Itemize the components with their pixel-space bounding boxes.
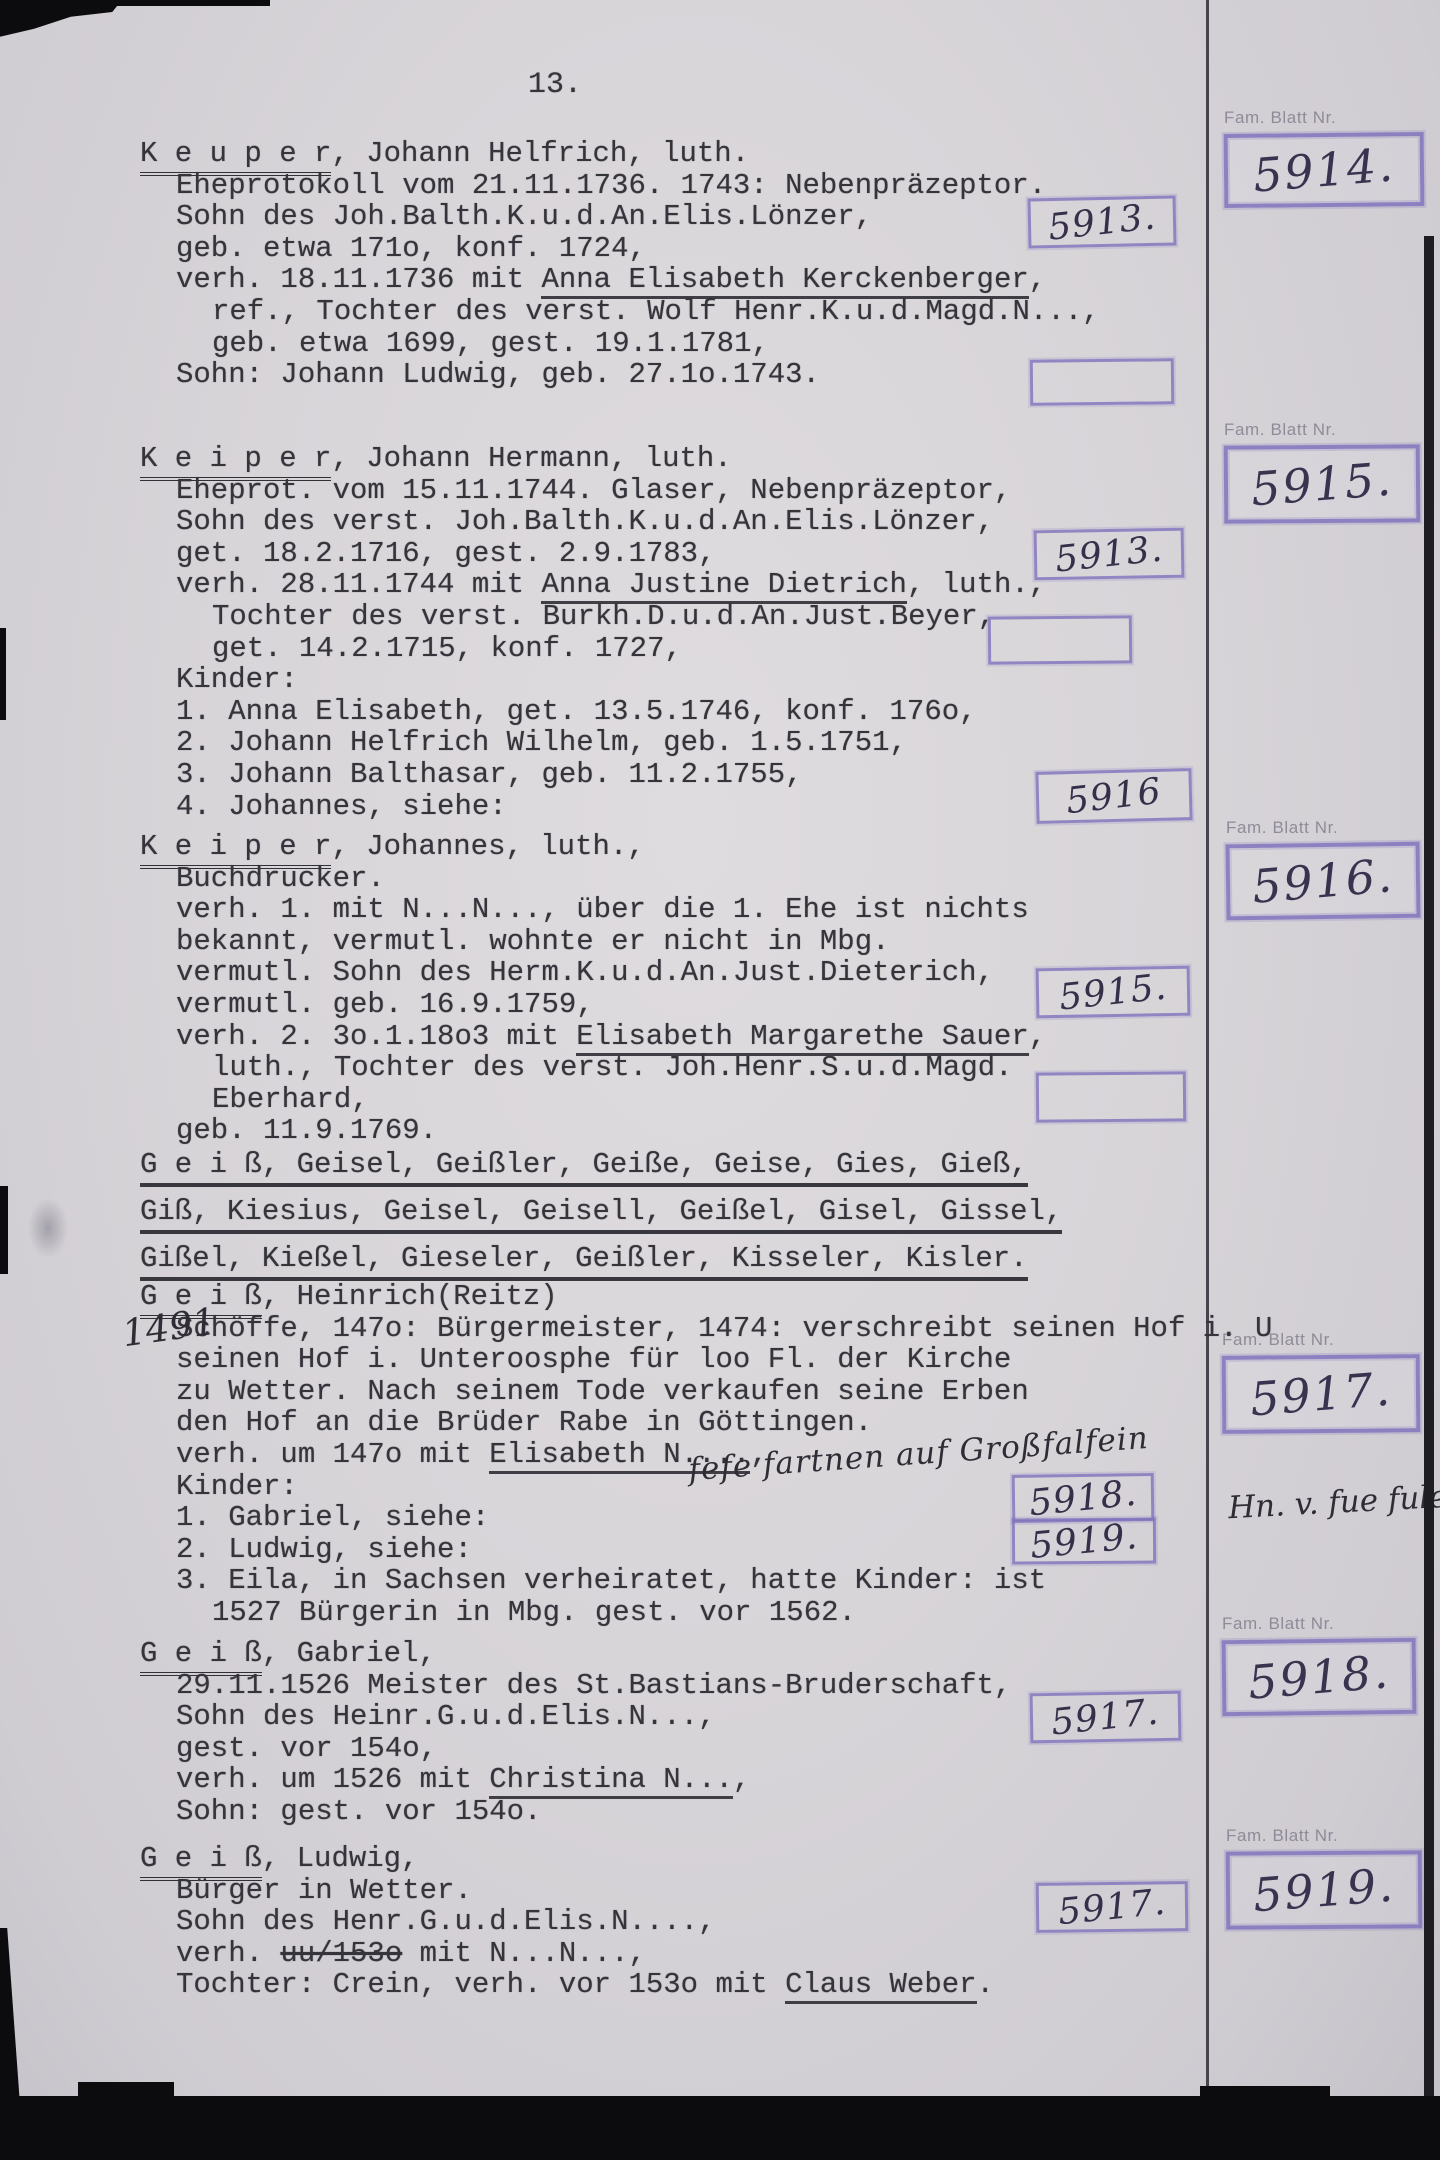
- text-line: bekannt, vermutl. wohnte er nicht in Mbg…: [140, 926, 1435, 958]
- text-line: 2. Ludwig, siehe:: [140, 1534, 1435, 1566]
- text-line: verh. um 1526 mit Christina N...,: [140, 1764, 1435, 1796]
- text-line: get. 14.2.1715, konf. 1727,: [140, 633, 1435, 665]
- text-line: seinen Hof i. Unteroosphe für loo Fl. de…: [140, 1344, 1435, 1376]
- text-line: ref., Tochter des verst. Wolf Henr.K.u.d…: [140, 296, 1435, 328]
- text-line: Buchdrucker.: [140, 863, 1435, 895]
- text-line: geb. etwa 171o, konf. 1724,: [140, 233, 1435, 265]
- text-line: 1527 Bürgerin in Mbg. gest. vor 1562.: [140, 1597, 1435, 1629]
- scan-artifact-bottom-bump: [78, 2082, 174, 2102]
- scan-artifact-bottom-bump: [1200, 2086, 1330, 2102]
- text-line: Schöffe, 147o: Bürgermeister, 1474: vers…: [140, 1313, 1435, 1345]
- surname-variant-line: G e i ß, Geisel, Geißler, Geiße, Geise, …: [140, 1141, 1435, 1188]
- genealogy-entry-keuper: K e u p e r, Johann Helfrich, luth. Ehep…: [140, 138, 1435, 391]
- scan-artifact-left-edge: [0, 1186, 8, 1274]
- scan-artifact-top-left: [0, 0, 122, 40]
- fam-blatt-label: Fam. Blatt Nr.: [1224, 420, 1420, 440]
- text-line: zu Wetter. Nach seinem Tode verkaufen se…: [140, 1376, 1435, 1408]
- entry-header: G e i ß, Heinrich(Reitz): [140, 1281, 1435, 1313]
- text-line: Sohn: Johann Ludwig, geb. 27.1o.1743.: [140, 359, 1435, 391]
- text-line: 1. Anna Elisabeth, get. 13.5.1746, konf.…: [140, 696, 1435, 728]
- text-line: Tochter des verst. Burkh.D.u.d.An.Just.B…: [140, 601, 1435, 633]
- text-line: luth., Tochter des verst. Joh.Henr.S.u.d…: [140, 1052, 1435, 1084]
- text-line: Eberhard,: [140, 1084, 1435, 1116]
- text-line: Sohn des verst. Joh.Balth.K.u.d.An.Elis.…: [140, 506, 1435, 538]
- text-line: Eheprot. vom 15.11.1744. Glaser, Nebenpr…: [140, 475, 1435, 507]
- scanned-genealogy-page: 13. K e u p e r, Johann Helfrich, luth. …: [0, 0, 1440, 2160]
- surname-variants-header: G e i ß, Geisel, Geißler, Geiße, Geise, …: [140, 1141, 1435, 1282]
- surname-variant-line: Gißel, Kießel, Gieseler, Geißler, Kissel…: [140, 1235, 1435, 1282]
- text-line: get. 18.2.1716, gest. 2.9.1783,: [140, 538, 1435, 570]
- text-line: 29.11.1526 Meister des St.Bastians-Brude…: [140, 1670, 1435, 1702]
- text-line: Sohn des Henr.G.u.d.Elis.N....,: [140, 1906, 1435, 1938]
- text-line: verh. 18.11.1736 mit Anna Elisabeth Kerc…: [140, 264, 1435, 296]
- genealogy-entry-geiss-ludwig: G e i ß, Ludwig, Bürger in Wetter. Sohn …: [140, 1843, 1435, 2001]
- scan-artifact-right-edge: [1424, 236, 1434, 2108]
- text-line: 4. Johannes, siehe:: [140, 791, 1435, 823]
- text-line: verh. 28.11.1744 mit Anna Justine Dietri…: [140, 569, 1435, 601]
- text-line: 3. Johann Balthasar, geb. 11.2.1755,: [140, 759, 1435, 791]
- scan-artifact-ink-smudge: [20, 1186, 76, 1270]
- text-line: verh. 1. mit N...N..., über die 1. Ehe i…: [140, 894, 1435, 926]
- scan-artifact-top-edge: [112, 0, 270, 6]
- text-line: verh. uu/153o mit N...N...,: [140, 1938, 1435, 1970]
- scan-artifact-left-edge: [0, 628, 6, 720]
- page-number: 13.: [528, 68, 582, 102]
- entry-header: G e i ß, Ludwig,: [140, 1843, 1435, 1875]
- entry-header: G e i ß, Gabriel,: [140, 1638, 1435, 1670]
- text-line: Kinder:: [140, 664, 1435, 696]
- text-line: Sohn: gest. vor 154o.: [140, 1796, 1435, 1828]
- text-line: Tochter: Crein, verh. vor 153o mit Claus…: [140, 1969, 1435, 2001]
- genealogy-entry-keiper-johannes: K e i p e r, Johannes, luth., Buchdrucke…: [140, 831, 1435, 1147]
- scan-artifact-bottom-bar: [0, 2096, 1440, 2160]
- text-line: geb. etwa 1699, gest. 19.1.1781,: [140, 328, 1435, 360]
- text-line: Sohn des Heinr.G.u.d.Elis.N...,: [140, 1701, 1435, 1733]
- text-line: 2. Johann Helfrich Wilhelm, geb. 1.5.175…: [140, 727, 1435, 759]
- entry-header: K e i p e r, Johann Hermann, luth.: [140, 443, 1435, 475]
- text-line: verh. 2. 3o.1.18o3 mit Elisabeth Margare…: [140, 1021, 1435, 1053]
- entry-header: K e u p e r, Johann Helfrich, luth.: [140, 138, 1435, 170]
- genealogy-entry-geiss-gabriel: G e i ß, Gabriel, 29.11.1526 Meister des…: [140, 1638, 1435, 1828]
- text-line: 3. Eila, in Sachsen verheiratet, hatte K…: [140, 1565, 1435, 1597]
- text-line: Eheprotokoll vom 21.11.1736. 1743: Neben…: [140, 170, 1435, 202]
- text-line: Sohn des Joh.Balth.K.u.d.An.Elis.Lönzer,: [140, 201, 1435, 233]
- text-line: Bürger in Wetter.: [140, 1875, 1435, 1907]
- surname-variant-line: Giß, Kiesius, Geisel, Geisell, Geißel, G…: [140, 1188, 1435, 1235]
- text-line: gest. vor 154o,: [140, 1733, 1435, 1765]
- text-line: vermutl. Sohn des Herm.K.u.d.An.Just.Die…: [140, 957, 1435, 989]
- entry-header: K e i p e r, Johannes, luth.,: [140, 831, 1435, 863]
- text-line: den Hof an die Brüder Rabe in Göttingen.: [140, 1407, 1435, 1439]
- genealogy-entry-keiper-hermann: K e i p e r, Johann Hermann, luth. Ehepr…: [140, 443, 1435, 822]
- text-line: vermutl. geb. 16.9.1759,: [140, 989, 1435, 1021]
- fam-blatt-label: Fam. Blatt Nr.: [1224, 108, 1424, 128]
